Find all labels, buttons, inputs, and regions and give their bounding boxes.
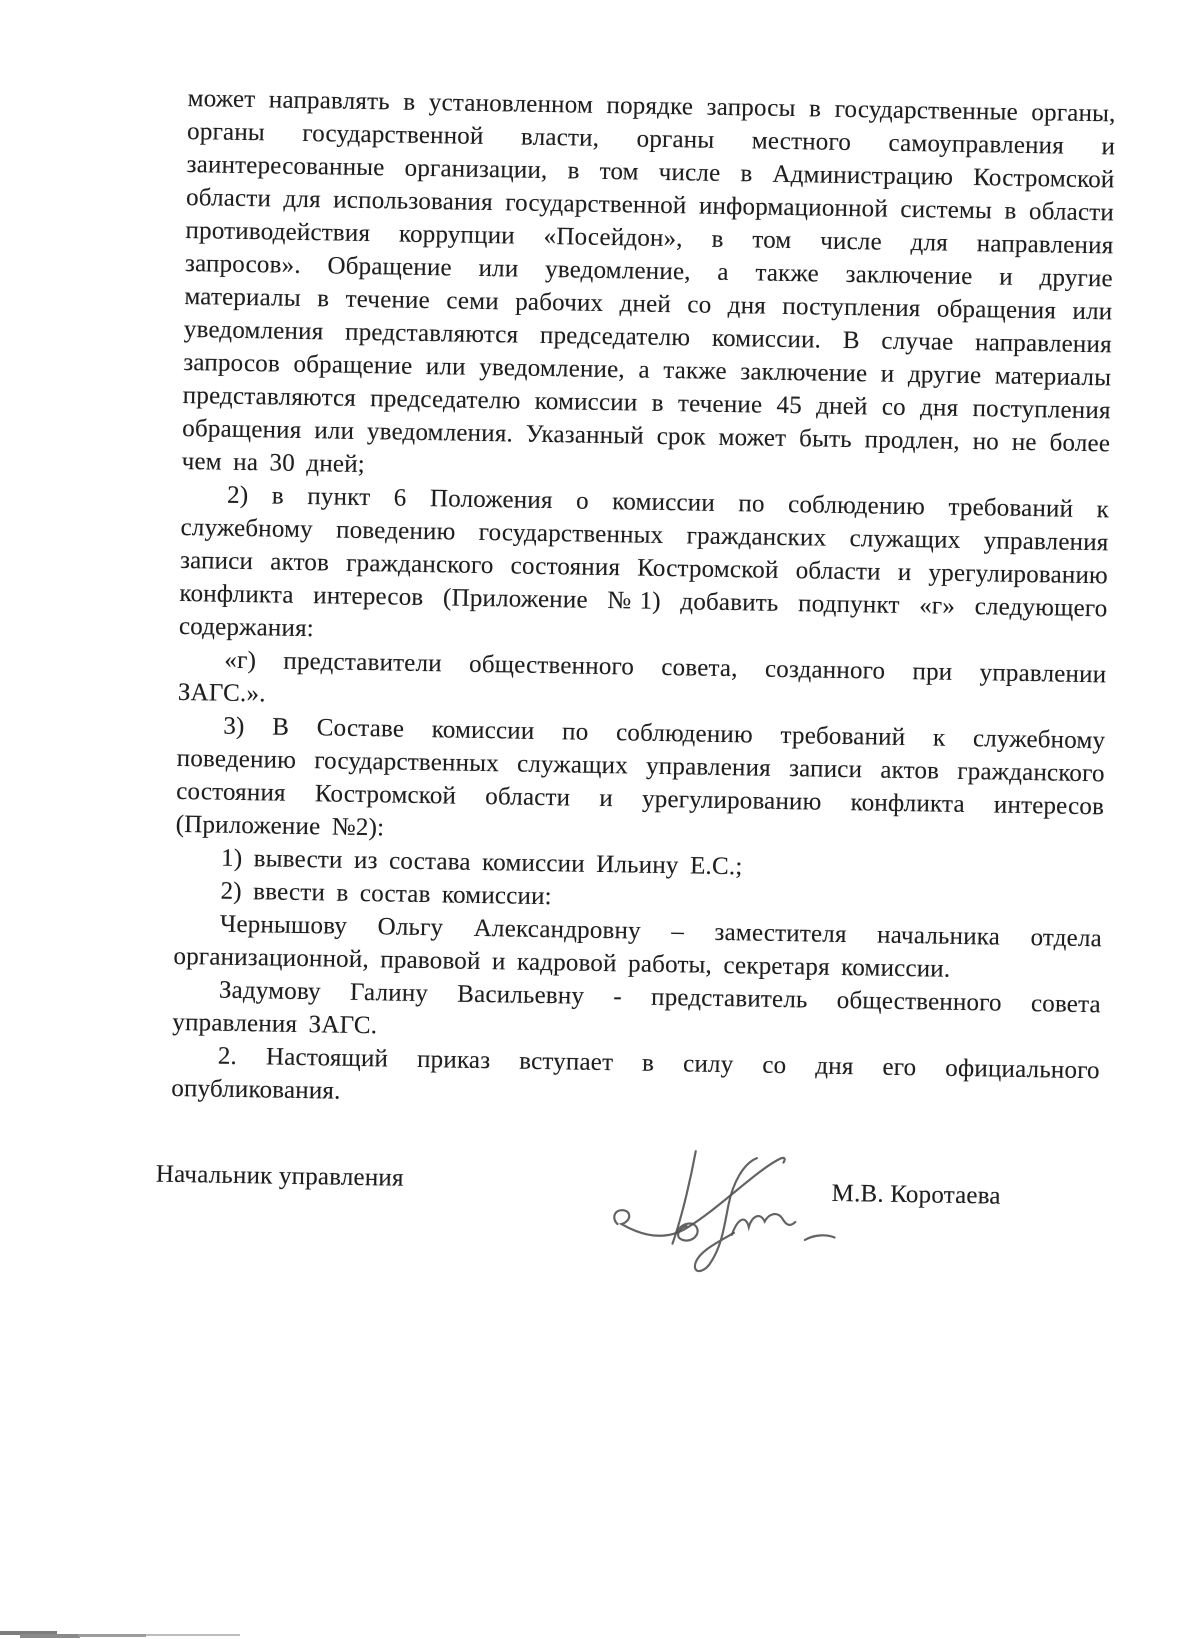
paragraph-9: 2. Настоящий приказ вступает в силу со д…	[171, 1039, 1100, 1120]
signature-block: Начальник управления М.В. Коротаева	[169, 1147, 1098, 1252]
signatory-name: М.В. Коротаева	[831, 1180, 1001, 1211]
scan-edge-artifact	[146, 1634, 240, 1636]
paragraph-4: 3) В Составе комиссии по соблюдению треб…	[175, 709, 1105, 856]
paragraph-2: 2) в пункт 6 Положения о комиссии по соб…	[179, 478, 1110, 658]
handwritten-signature-icon	[606, 1122, 847, 1284]
signatory-role: Начальник управления	[156, 1161, 404, 1193]
paragraph-1: может направлять в установленном порядке…	[181, 82, 1115, 493]
document-body: может направлять в установленном порядке…	[169, 82, 1116, 1252]
scan-edge-artifact	[20, 1634, 80, 1638]
scanned-document-page: может направлять в установленном порядке…	[0, 0, 1200, 1639]
scan-edge-artifact	[78, 1634, 146, 1637]
